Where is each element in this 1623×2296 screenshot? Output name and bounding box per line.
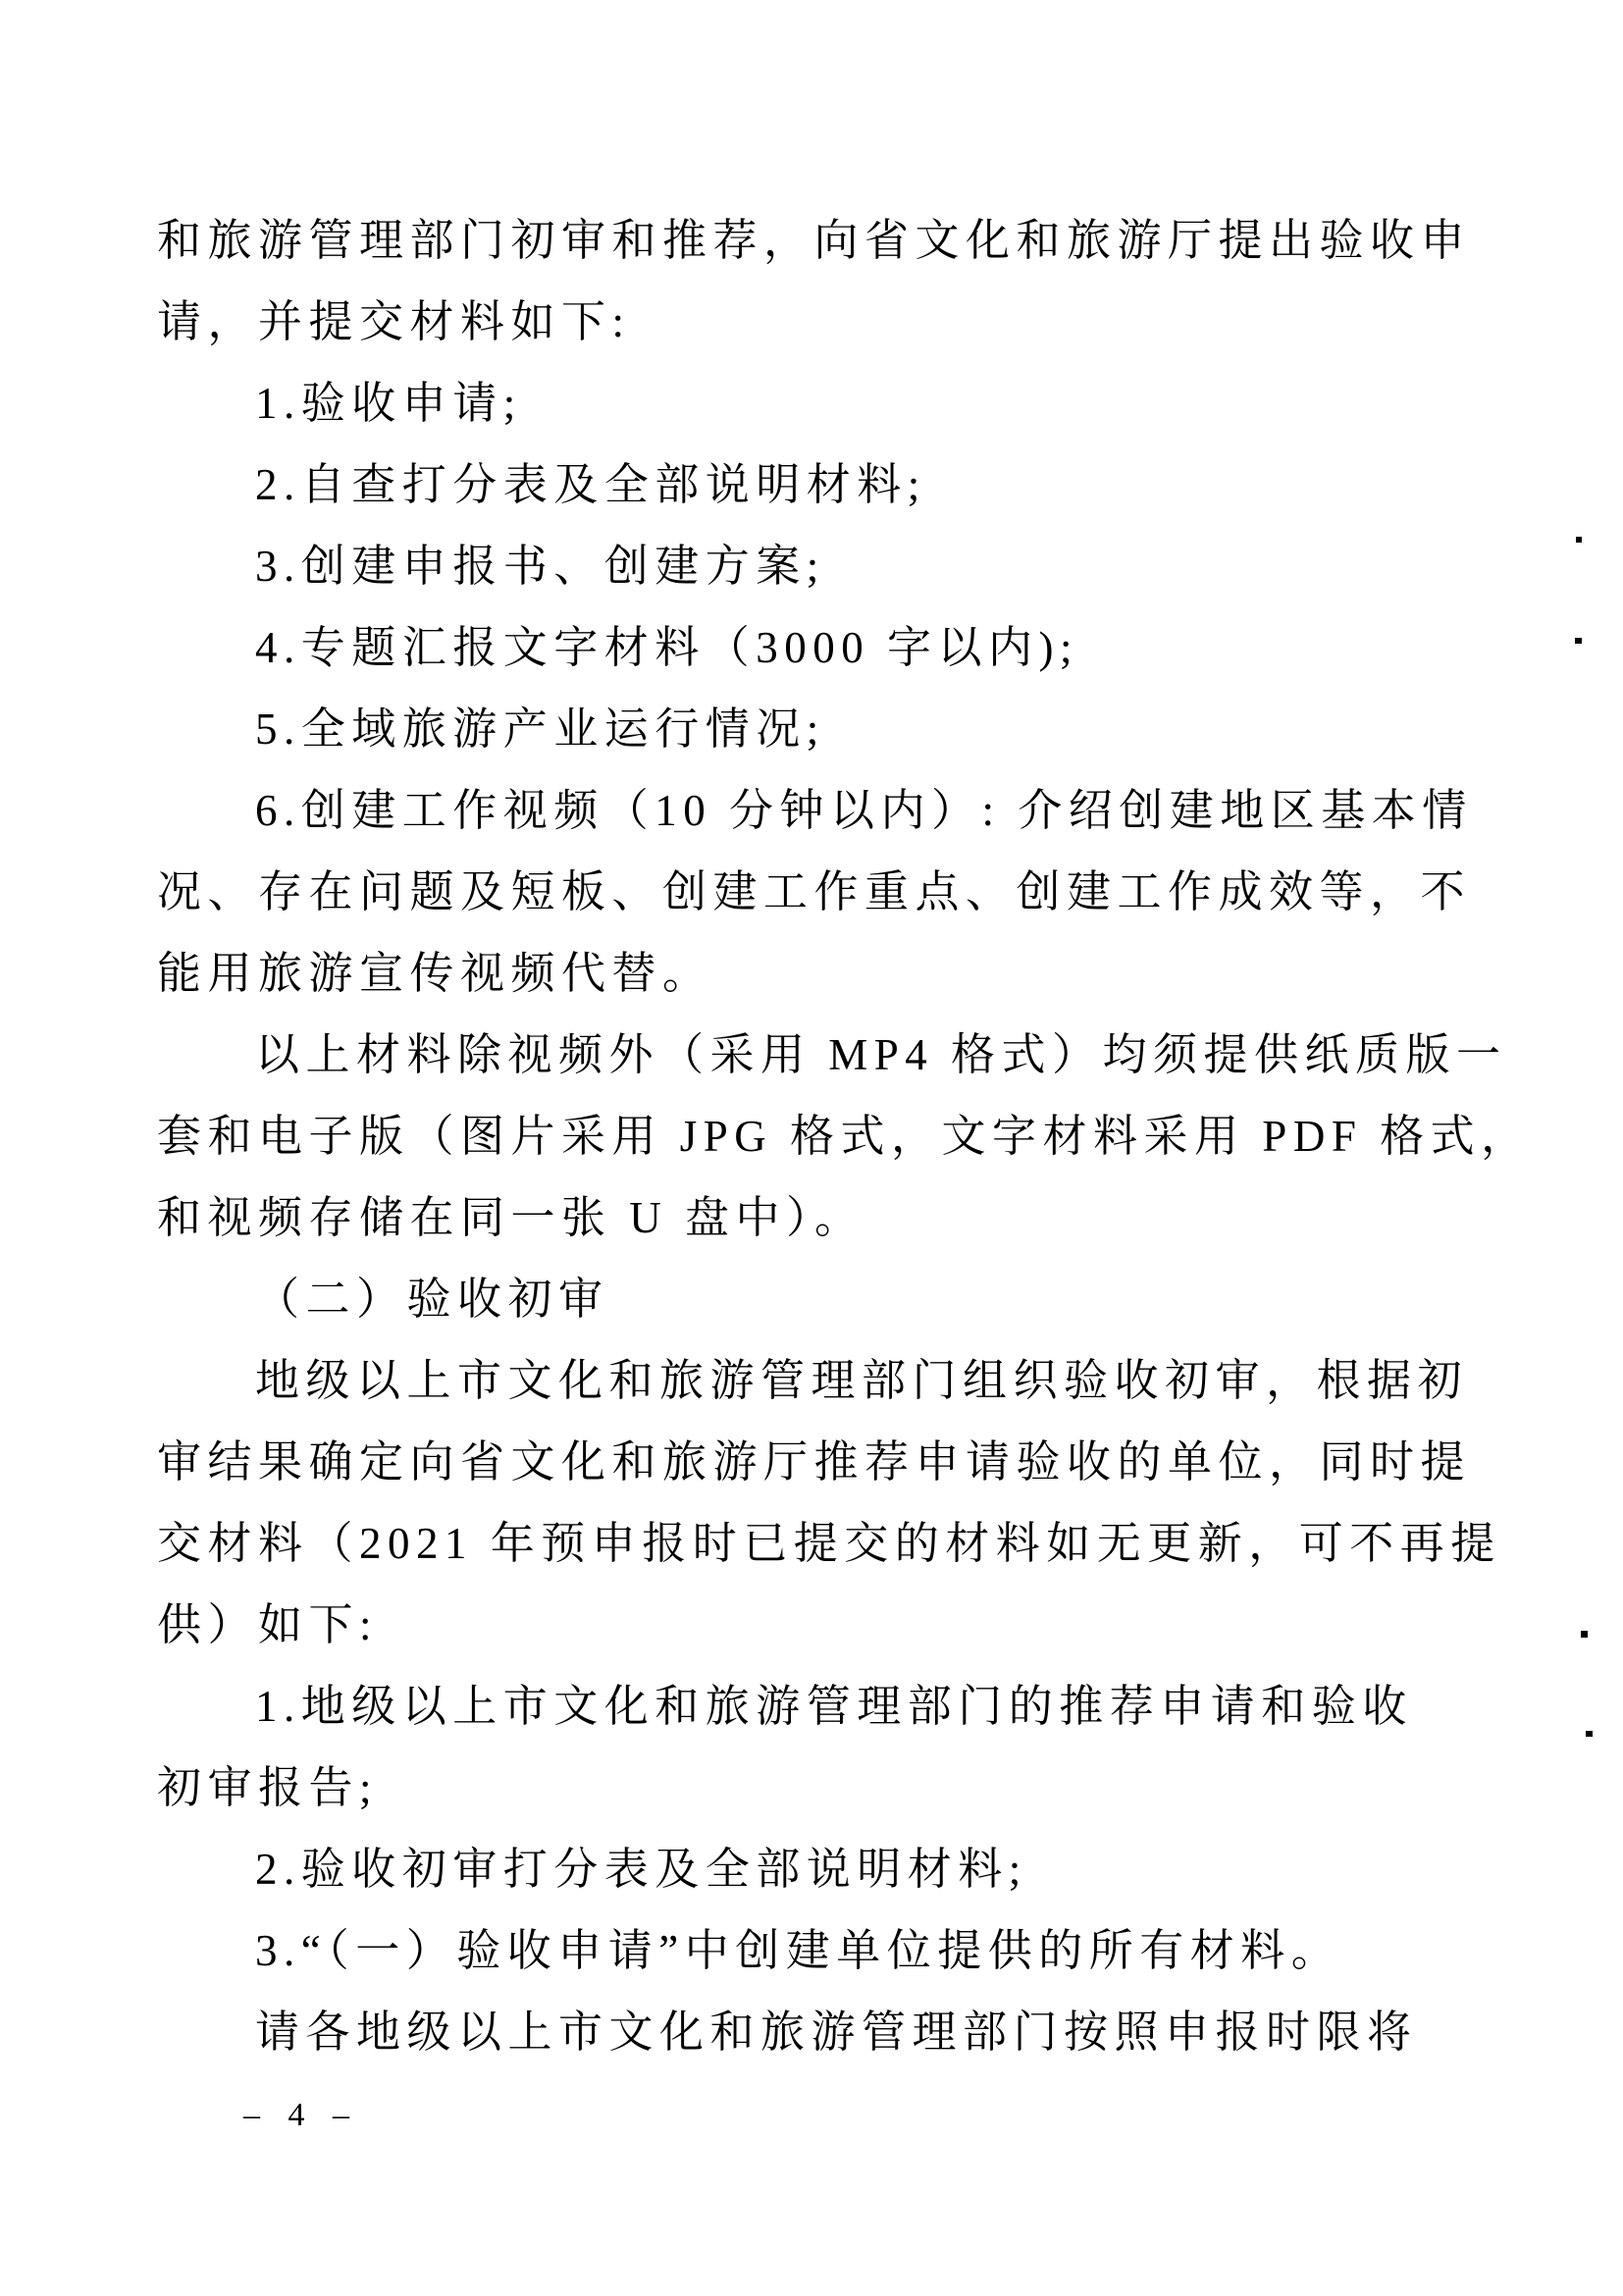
list-item: 1.地级以上市文化和旅游管理部门的推荐申请和验收 bbox=[157, 1666, 1482, 1748]
body-line: 地级以上市文化和旅游管理部门组织验收初审，根据初 bbox=[157, 1340, 1482, 1422]
body-line: 能用旅游宣传视频代替。 bbox=[157, 933, 1482, 1015]
scan-speck bbox=[1575, 638, 1582, 644]
body-line: 和旅游管理部门初审和推荐，向省文化和旅游厅提出验收申 bbox=[157, 200, 1482, 282]
scan-speck bbox=[1576, 537, 1582, 543]
body-line: 况、存在问题及短板、创建工作重点、创建工作成效等，不 bbox=[157, 852, 1482, 933]
list-item: 4.专题汇报文字材料（3000 字以内); bbox=[157, 607, 1482, 689]
section-heading: （二）验收初审 bbox=[157, 1259, 1482, 1340]
list-item: 5.全域旅游产业运行情况; bbox=[157, 689, 1482, 770]
list-item: 1.验收申请; bbox=[157, 363, 1482, 444]
scan-speck bbox=[1581, 1631, 1588, 1638]
body-line: 和视频存储在同一张 U 盘中）。 bbox=[157, 1177, 1482, 1259]
scan-speck bbox=[1586, 1731, 1593, 1737]
list-item: 2.验收初审打分表及全部说明材料; bbox=[157, 1829, 1482, 1910]
body-line: 交材料（2021 年预申报时已提交的材料如无更新，可不再提 bbox=[157, 1503, 1482, 1585]
body-line: 请各地级以上市文化和旅游管理部门按照申报时限将 bbox=[157, 1992, 1482, 2073]
body-line: 审结果确定向省文化和旅游厅推荐申请验收的单位，同时提 bbox=[157, 1422, 1482, 1503]
list-item: 3.创建申报书、创建方案; bbox=[157, 526, 1482, 607]
body-line: 以上材料除视频外（采用 MP4 格式）均须提供纸质版一 bbox=[157, 1015, 1482, 1096]
body-line: 请，并提交材料如下: bbox=[157, 282, 1482, 363]
list-item: 2.自查打分表及全部说明材料; bbox=[157, 444, 1482, 526]
body-line: 初审报告; bbox=[157, 1748, 1482, 1829]
scanned-document-page: { "document": { "lines": [ { "text": "和旅… bbox=[0, 0, 1623, 2296]
page-number: – 4 – bbox=[243, 2092, 359, 2139]
list-item: 6.创建工作视频（10 分钟以内）: 介绍创建地区基本情 bbox=[157, 770, 1482, 852]
body-line: 供）如下: bbox=[157, 1585, 1482, 1666]
document-body: 和旅游管理部门初审和推荐，向省文化和旅游厅提出验收申 请，并提交材料如下: 1.… bbox=[157, 200, 1482, 2073]
body-line: 套和电子版（图片采用 JPG 格式，文字材料采用 PDF 格式， bbox=[157, 1096, 1482, 1177]
list-item: 3.“（一）验收申请”中创建单位提供的所有材料。 bbox=[157, 1910, 1482, 1992]
